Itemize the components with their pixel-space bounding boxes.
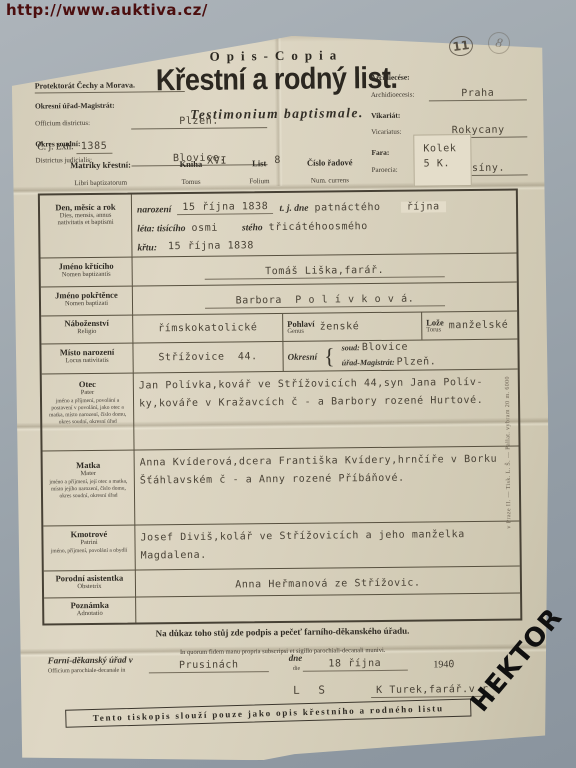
issuing-office-line: Farní-děkanský úřad v Officium parochial… [48, 645, 526, 674]
serial-number-label: Číslo řadové Num. currens [307, 153, 353, 187]
issue-year: 1940 [433, 659, 455, 670]
seal-placeholder: L S [293, 683, 331, 696]
issue-date-value: 18 října [302, 658, 407, 672]
protectorate-label: Protektorát Čechy a Morava. [35, 80, 185, 94]
religion-value: římskokatolické [158, 322, 257, 334]
godparents-row: Kmotrové Patrini jméno, příjmení, povolá… [43, 521, 519, 571]
remark-row: Poznámka Adnotatio [44, 592, 520, 623]
form-table: Den, měsíc a rok Dies, mensis, annus nat… [38, 188, 522, 625]
birthplace-row: Místo narození Locus nativitatis Střížov… [41, 339, 517, 374]
father-text-line2: ky,kováře v Kražavcích č - a Barbory roz… [139, 395, 483, 410]
folio-label: List Folium [249, 154, 270, 188]
date-row: Den, měsíc a rok Dies, mensis, annus nat… [40, 191, 517, 258]
district-office-field: Okresní úřad-Magistrát: Officium distric… [35, 94, 267, 130]
copy-notice-strip: Tento tiskopis slouží pouze jako opis kř… [65, 698, 471, 727]
book-label: Kniha Tomus [179, 155, 202, 189]
baptism-date-value: 15 října 1838 [163, 240, 259, 253]
godparents-text-line2: Magdalena. [141, 550, 207, 562]
father-row: Otec Pater jméno a příjmení, povolání a … [42, 369, 519, 451]
archdiocese-value: Praha [429, 87, 527, 101]
baptized-row: Jméno pokřtěnce Nomen baptizati Barbora … [41, 282, 517, 316]
revenue-stamp-box: Kolek 5 K. [413, 134, 472, 187]
godparents-text-line1: Josef Diviš,kolář ve Střížovicích a jeho… [140, 529, 465, 543]
birth-date-value: 15 října 1838 [177, 201, 273, 215]
year-word-1: osmi [191, 223, 218, 234]
registry-row: Matriky křestní: Libri baptizatorum Knih… [45, 153, 415, 190]
baptizer-value: Tomáš Liška,farář. [205, 264, 445, 280]
district-magistrate-value: Plzeň. [397, 356, 437, 367]
district-office-value: Plzeň. [131, 115, 267, 129]
certificate-paper: Opis-Copia Křestní a rodný list. Testimo… [8, 33, 552, 763]
baptizer-row: Jméno křtícího Nomen baptizantis Tomáš L… [41, 253, 517, 287]
midwife-value: Anna Heřmanová ze Střížovic. [235, 578, 420, 591]
mother-row: Matka Mater jméno a příjmení, její otec … [43, 446, 520, 526]
archdiocese-field: Arcidiecése: Archidioecesis: Praha [371, 66, 527, 101]
file-number-field: Č. j. Exh. 1385 [37, 141, 112, 153]
year-word-2: třicátéhoosmého [269, 221, 368, 233]
baptized-name-value: Barbora P o l í v k o v á. [205, 293, 445, 309]
birthplace-value: Střížovice 44. [158, 351, 257, 363]
mother-text-line1: Anna Kvíderová,dcera Františka Kvídery,h… [140, 454, 498, 469]
birth-month-word: října [401, 201, 446, 212]
document-photo: http://www.auktiva.cz/ 11 8 Opis-Copia K… [0, 0, 576, 768]
district-court-value: Blovice [362, 342, 408, 353]
father-text-line1: Jan Polívka,kovář ve Střížovicích 44,syn… [139, 377, 483, 392]
bed-value: manželské [449, 320, 509, 332]
sex-value: ženské [320, 321, 360, 332]
brace-glyph: { [324, 343, 335, 369]
mother-text-line2: Šťáhlavském č - a Anny rozené Příbáňové. [140, 473, 405, 487]
folio-value: 8 [274, 155, 281, 166]
watermark-url: http://www.auktiva.cz/ [6, 1, 208, 19]
birth-day-word: patnáctého [314, 202, 380, 214]
registry-label: Matriky křestní: Libri baptizatorum [45, 155, 155, 190]
book-value: XVI [207, 156, 227, 167]
file-number-value: 1385 [76, 141, 113, 154]
issuing-place-value: Prusinách [149, 659, 269, 673]
religion-row: Náboženství Religio římskokatolické Pohl… [41, 311, 517, 344]
midwife-row: Porodní asistentka Obstetrix Anna Heřman… [44, 565, 520, 597]
